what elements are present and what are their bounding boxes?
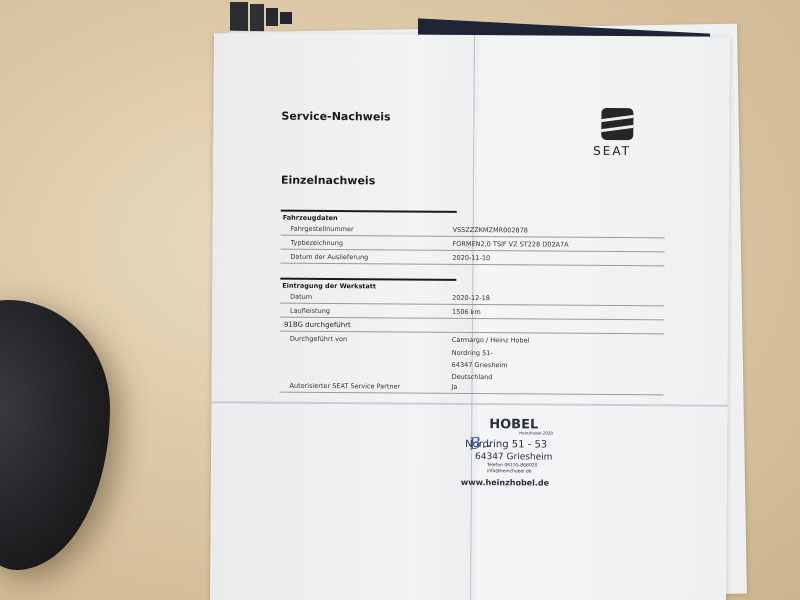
section-divider <box>280 278 456 281</box>
address-line: Deutschland <box>452 373 493 381</box>
dealer-stamp: HOBEL Heinzhobel 2020 Nordring 51 - 53 6… <box>461 417 581 488</box>
computer-mouse <box>0 300 110 570</box>
document-title: Service-Nachweis <box>281 110 390 124</box>
background-folder-tab <box>266 8 278 26</box>
stamp-website: www.heinzhobel.de <box>461 478 581 488</box>
seat-logo: SEAT <box>593 108 653 158</box>
stamp-sub: Heinzhobel 2020 <box>519 430 581 435</box>
address-line: Nordring 51- <box>452 349 493 357</box>
background-folder-tab <box>250 4 264 34</box>
stamp-email: info@heinzhobel.de <box>487 469 581 475</box>
table-row: Datum der Auslieferung 2020-11-10 <box>280 250 664 267</box>
stamp-city: 64347 Griesheim <box>475 452 581 463</box>
seat-s-icon <box>601 108 633 140</box>
service-record-sheet: Service-Nachweis SEAT Einzelnachweis Fah… <box>210 33 730 600</box>
horizontal-fold <box>211 401 727 407</box>
address-line: 64347 Griesheim <box>452 361 508 369</box>
address-line: Carmargo / Heinz Hobel <box>452 336 530 345</box>
stamp-phone: Telefon 06155-868020 <box>487 463 581 469</box>
section-divider <box>281 210 457 213</box>
brand-wordmark: SEAT <box>593 144 653 158</box>
document-subtitle: Einzelnachweis <box>281 174 375 188</box>
background-folder-tab <box>280 12 292 24</box>
handwritten-signature: B.. <box>468 432 492 454</box>
